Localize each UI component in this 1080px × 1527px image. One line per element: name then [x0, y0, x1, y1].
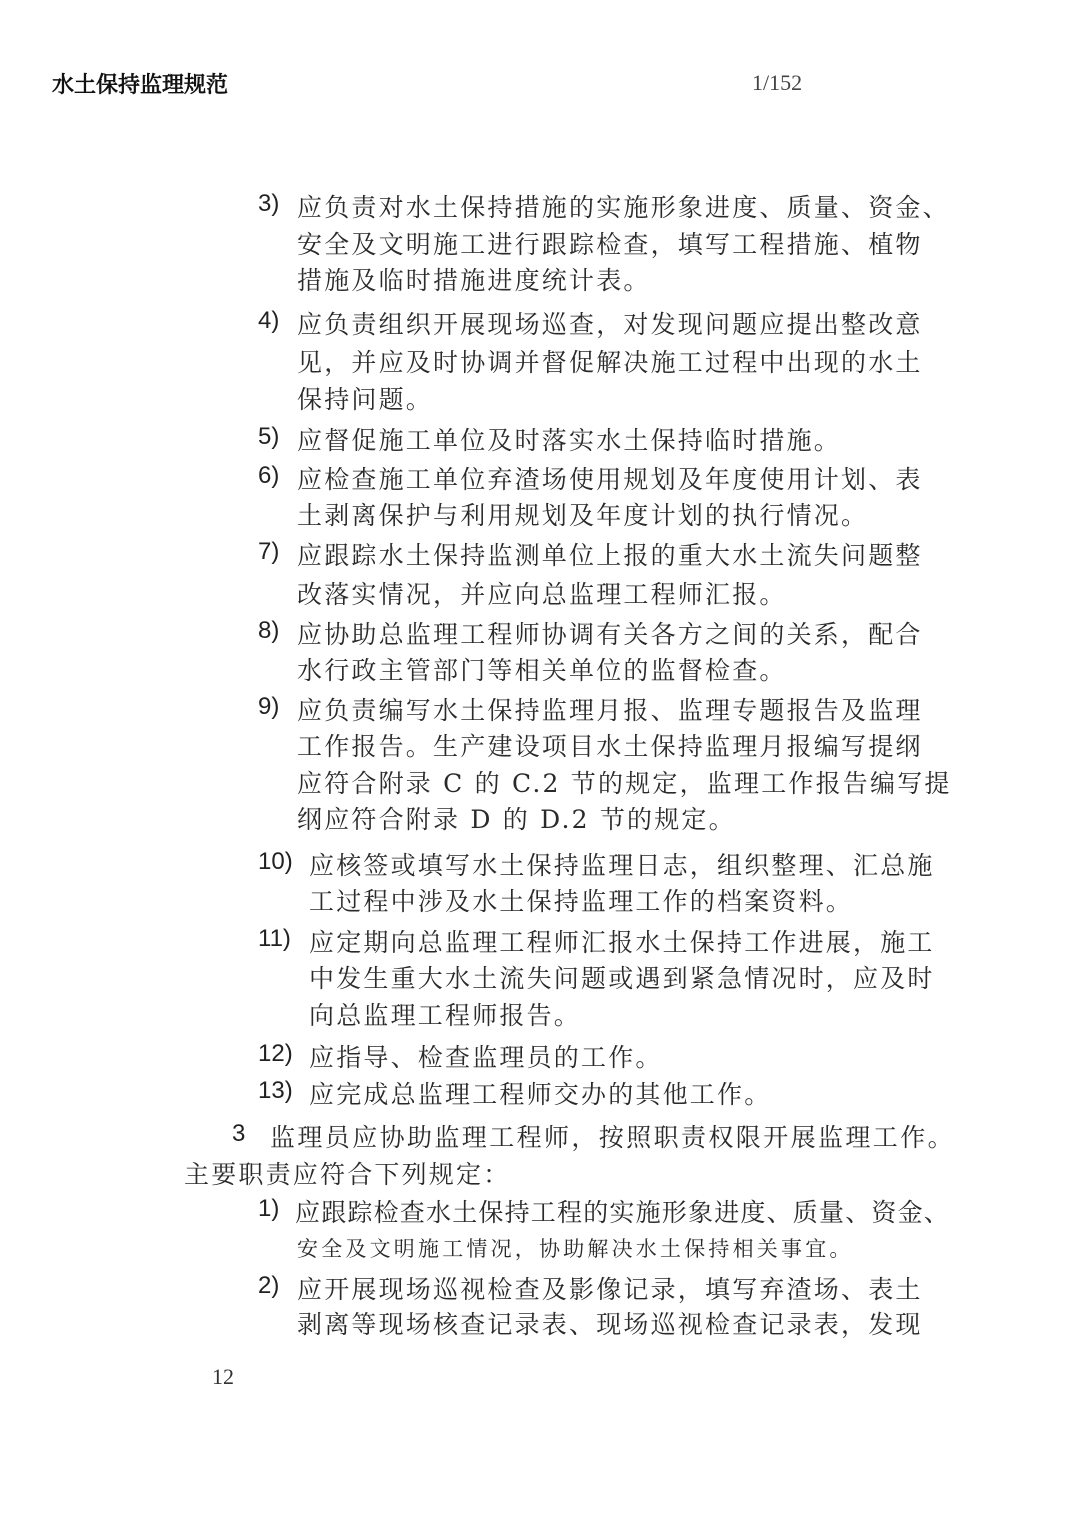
item-number: 10) [258, 848, 293, 876]
item-text-line: 保持问题。 [297, 380, 433, 416]
clause-number: 3 [232, 1120, 245, 1148]
clause-text-line: 主要职责应符合下列规定： [184, 1155, 510, 1191]
item-text-line: 应定期向总监理工程师汇报水土保持工作进展，施工 [309, 923, 935, 959]
item-number: 6) [258, 462, 279, 490]
item-text-line: 应负责编写水土保持监理月报、监理专题报告及监理 [297, 691, 923, 727]
item-number: 2) [258, 1272, 279, 1300]
document-title: 水土保持监理规范 [52, 68, 228, 99]
item-text-line: 中发生重大水土流失问题或遇到紧急情况时，应及时 [309, 959, 935, 995]
item-text-line: 安全及文明施工进行跟踪检查，填写工程措施、植物 [297, 225, 923, 261]
item-text-line: 纲应符合附录 D 的 D.2 节的规定。 [297, 800, 736, 836]
item-text-line: 应核签或填写水土保持监理日志，组织整理、汇总施 [309, 846, 935, 882]
item-text-line: 水行政主管部门等相关单位的监督检查。 [297, 651, 787, 687]
item-number: 5) [258, 423, 279, 451]
item-text-line: 应督促施工单位及时落实水土保持临时措施。 [297, 421, 841, 457]
item-text-line: 应跟踪检查水土保持工程的实施形象进度、质量、资金、 [295, 1193, 950, 1229]
item-text-line: 应开展现场巡视检查及影像记录，填写弃渣场、表土 [297, 1270, 923, 1306]
item-number: 13) [258, 1077, 293, 1105]
item-text-line: 应跟踪水土保持监测单位上报的重大水土流失问题整 [297, 536, 923, 572]
item-text-line: 应符合附录 C 的 C.2 节的规定，监理工作报告编写提 [297, 764, 952, 800]
item-number: 7) [258, 538, 279, 566]
page-number: 12 [212, 1364, 234, 1390]
item-text-line: 改落实情况，并应向总监理工程师汇报。 [297, 575, 787, 611]
item-text-line: 应负责组织开展现场巡查，对发现问题应提出整改意 [297, 305, 923, 341]
item-text-line: 见，并应及时协调并督促解决施工过程中出现的水土 [297, 343, 923, 379]
item-text-line: 向总监理工程师报告。 [309, 996, 581, 1032]
item-text-line: 工作报告。生产建设项目水土保持监理月报编写提纲 [297, 727, 923, 763]
page-indicator: 1/152 [752, 70, 802, 96]
item-text-line: 应负责对水土保持措施的实施形象进度、质量、资金、 [297, 188, 950, 224]
item-text-line: 措施及临时措施进度统计表。 [297, 261, 651, 297]
clause-text-line: 监理员应协助监理工程师，按照职责权限开展监理工作。 [270, 1118, 955, 1154]
item-number: 4) [258, 307, 279, 335]
item-number: 1) [258, 1195, 279, 1223]
item-text-line: 应指导、检查监理员的工作。 [309, 1038, 663, 1074]
item-text-line: 安全及文明施工情况，协助解决水土保持相关事宜。 [297, 1233, 854, 1263]
item-text-line: 应完成总监理工程师交办的其他工作。 [309, 1075, 771, 1111]
item-text-line: 工过程中涉及水土保持监理工作的档案资料。 [309, 882, 853, 918]
item-number: 3) [258, 190, 279, 218]
item-number: 12) [258, 1040, 293, 1068]
item-number: 9) [258, 693, 279, 721]
item-text-line: 应协助总监理工程师协调有关各方之间的关系，配合 [297, 615, 923, 651]
item-number: 8) [258, 617, 279, 645]
item-text-line: 土剥离保护与利用规划及年度计划的执行情况。 [297, 496, 868, 532]
item-text-line: 应检查施工单位弃渣场使用规划及年度使用计划、表 [297, 460, 923, 496]
item-number: 11) [258, 925, 291, 953]
item-text-line: 剥离等现场核查记录表、现场巡视检查记录表，发现 [297, 1305, 923, 1341]
